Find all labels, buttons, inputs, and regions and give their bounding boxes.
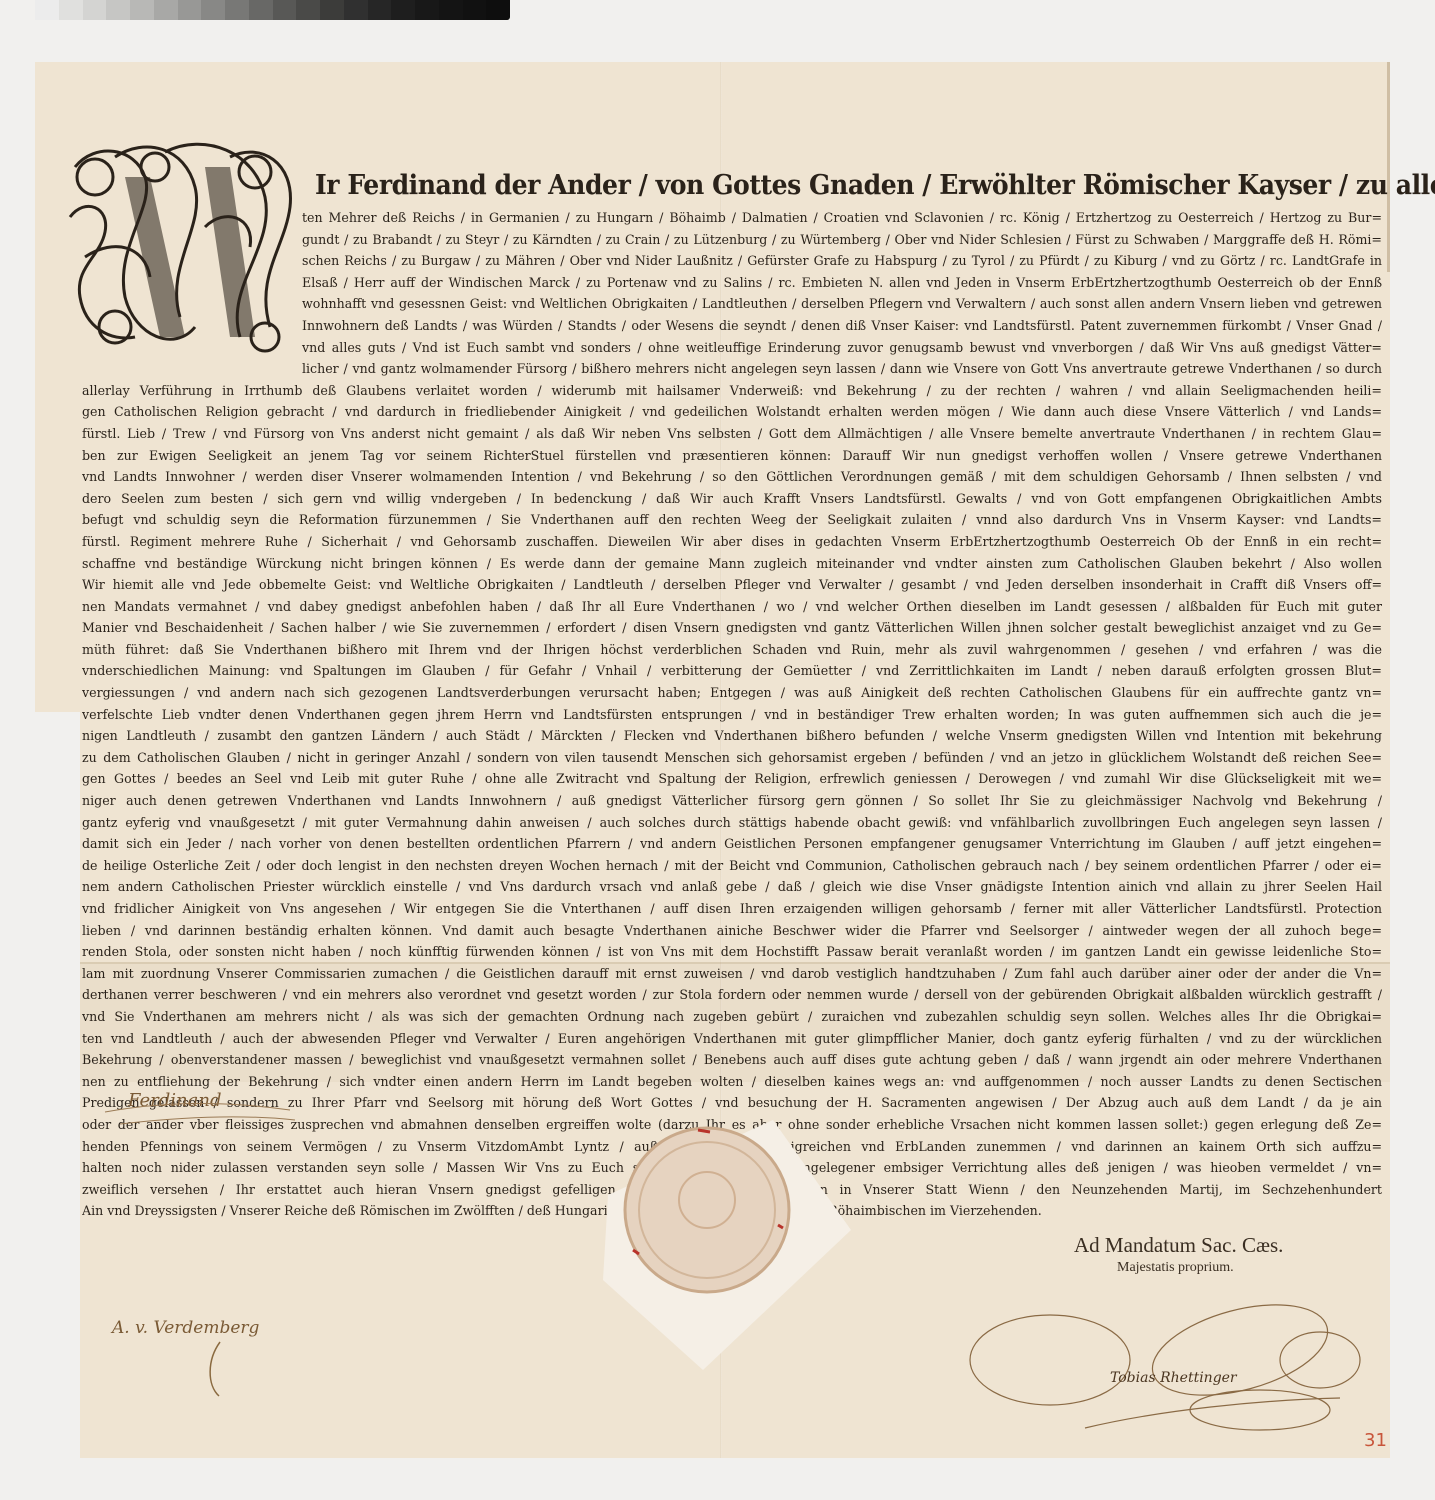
text-line: gen Gottes / beedes an Seel vnd Leib mit… (82, 768, 1382, 790)
document-title-line: Ir Ferdinand der Ander / von Gottes Gnad… (315, 170, 1435, 201)
text-line: fürstl. Lieb / Trew / vnd Fürsorg von Vn… (82, 423, 1382, 445)
text-line: dero Seelen zum besten / sich gern vnd w… (82, 488, 1382, 510)
text-line: vnderschiedlichen Mainung: vnd Spaltunge… (82, 660, 1382, 682)
gray-swatch (296, 0, 320, 20)
text-line: befugt vnd schuldig seyn die Reformation… (82, 509, 1382, 531)
text-line: lieben / vnd darinnen beständig erhalten… (82, 920, 1382, 942)
text-line: Elsaß / Herr auff der Windischen Marck /… (82, 272, 1382, 294)
signature-flourish-icon (100, 1092, 300, 1132)
text-line: licher / vnd gantz wolmamender Fürsorg /… (82, 358, 1382, 380)
gray-swatch (439, 0, 463, 20)
text-line: Manier vnd Beschaidenheit / Sachen halbe… (82, 617, 1382, 639)
text-line: vergiessungen / vnd andern nach sich gez… (82, 682, 1382, 704)
text-line: gen Catholischen Religion gebracht / vnd… (82, 401, 1382, 423)
countersignature-line-1: Ad Mandatum Sac. Cæs. (1074, 1233, 1283, 1258)
text-line: fürstl. Regiment mehrere Ruhe / Sicherha… (82, 531, 1382, 553)
text-line: Wir hiemit alle vnd Jede obbemelte Geist… (82, 574, 1382, 596)
text-line: ten vnd Landtleuth / auch der abwesenden… (82, 1028, 1382, 1050)
gray-swatch (130, 0, 154, 20)
text-line: müth führet: daß Sie Vnderthanen bißhero… (82, 639, 1382, 661)
text-line: derthanen verrer beschweren / vnd ein me… (82, 984, 1382, 1006)
text-line: gantz eyferig vnd vnaußgesetzt / mit gut… (82, 812, 1382, 834)
right-signature: Tobias Rhettinger (1110, 1370, 1237, 1386)
gray-swatch (154, 0, 178, 20)
text-line: lam mit zuordnung Vnserer Commissarien z… (82, 963, 1382, 985)
paper-seal-icon (603, 1120, 851, 1370)
folio-number: 31 (1364, 1430, 1387, 1451)
secretary-signature: A. v. Verdemberg (112, 1318, 259, 1338)
text-line: nigen Landtleuth / zusambt den gantzen L… (82, 725, 1382, 747)
countersignature-line-2: Majestatis proprium. (1117, 1260, 1234, 1276)
text-line: schen Reichs / zu Burgaw / zu Mähren / O… (82, 250, 1382, 272)
text-line: Innwohnern deß Landts / was Würden / Sta… (82, 315, 1382, 337)
text-line: nen zu entfliehung der Bekehrung / sich … (82, 1071, 1382, 1093)
gray-swatch (273, 0, 297, 20)
text-line: zu dem Catholischen Glauben / nicht in g… (82, 747, 1382, 769)
ornate-signature-flourish-icon (960, 1290, 1380, 1440)
document-body: ten Mehrer deß Reichs / in Germanien / z… (82, 207, 1382, 1222)
text-line: vnd Sie Vnderthanen am mehrers nicht / a… (82, 1006, 1382, 1028)
text-line: Bekehrung / obenverstandener massen / be… (82, 1049, 1382, 1071)
gray-swatch (486, 0, 510, 20)
text-line: verfelschte Lieb vndter denen Vnderthane… (82, 704, 1382, 726)
gray-swatch (35, 0, 59, 20)
text-line: wohnhafft vnd gesessnen Geist: vnd Weltl… (82, 293, 1382, 315)
text-line: ben zur Ewigen Seeligkeit an jenem Tag v… (82, 445, 1382, 467)
text-line: gundt / zu Brabandt / zu Steyr / zu Kärn… (82, 229, 1382, 251)
text-line: allerlay Verführung in Irrthumb deß Glau… (82, 380, 1382, 402)
text-line: schaffne vnd beständige Würckung nicht b… (82, 553, 1382, 575)
text-line: ten Mehrer deß Reichs / in Germanien / z… (82, 207, 1382, 229)
signature-stroke-icon (205, 1340, 225, 1400)
gray-swatch (83, 0, 107, 20)
gray-swatch (178, 0, 202, 20)
gray-swatch (320, 0, 344, 20)
text-line: damit sich ein Jeder / nach vorher von d… (82, 833, 1382, 855)
gray-swatch (59, 0, 83, 20)
gray-swatch (463, 0, 487, 20)
text-line: vnd fridlicher Ainigkeit von Vns angeseh… (82, 898, 1382, 920)
text-line: nem andern Catholischen Priester würckli… (82, 876, 1382, 898)
text-line: de heilige Osterliche Zeit / oder doch l… (82, 855, 1382, 877)
gray-swatch (106, 0, 130, 20)
gray-swatch (368, 0, 392, 20)
gray-swatch (344, 0, 368, 20)
gray-swatch (201, 0, 225, 20)
gray-swatch (391, 0, 415, 20)
text-line: niger auch denen getrewen Vnderthanen vn… (82, 790, 1382, 812)
text-line: renden Stola, oder sonsten nicht haben /… (82, 941, 1382, 963)
gray-swatch (249, 0, 273, 20)
text-line: nen Mandats vermahnet / vnd dabey gnedig… (82, 596, 1382, 618)
text-line: vnd Landts Innwohner / werden diser Vnse… (82, 466, 1382, 488)
text-line: vnd alles guts / Vnd ist Euch sambt vnd … (82, 337, 1382, 359)
color-calibration-bar (35, 0, 510, 20)
gray-swatch (415, 0, 439, 20)
gray-swatch (225, 0, 249, 20)
